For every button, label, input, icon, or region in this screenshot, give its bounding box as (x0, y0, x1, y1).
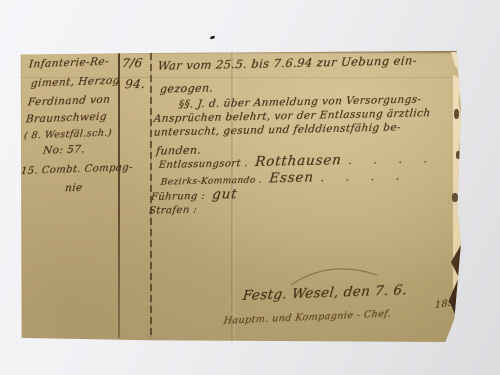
company-line: 15. Combt. Compag- (20, 163, 133, 177)
company-line: nie (64, 183, 83, 194)
field-value: gut (211, 188, 238, 202)
background-speck (210, 35, 216, 40)
body-line: gezogen. (159, 82, 214, 94)
torn-corner-chip (451, 52, 461, 72)
ink-column-rule-left (118, 53, 120, 338)
year-note: 1894 (435, 297, 461, 310)
body-line: untersucht, gesund und felddienstfähig b… (153, 122, 401, 138)
dotted-leader: . . . . (320, 170, 409, 183)
place-date-line: Festg. Wesel, den 7. 6. (242, 284, 408, 303)
field-label: Führung : (150, 192, 205, 203)
field-label: Bezirks-Kommando . (160, 176, 262, 187)
dotted-leader: . . . . (348, 153, 437, 166)
regiment-line: Ferdinand von (27, 95, 111, 108)
edge-stain (454, 109, 459, 119)
regiment-line: ( 8. Westfäl.sch.) (23, 128, 112, 141)
edge-stain (456, 151, 460, 159)
edge-stain (452, 193, 458, 202)
field-value: Essen (268, 171, 314, 185)
signature-line: Hauptm. und Kompagnie - Chef. (223, 309, 392, 326)
field-label: Entlassungsort . (158, 159, 248, 171)
regiment-line: giment, Herzog (30, 75, 120, 89)
entry-date-day-month: 7/6 (121, 57, 143, 69)
entry-date-year: 94. (124, 78, 146, 90)
field-bezirks-kommando: Bezirks-Kommando . Essen . . . . (160, 169, 409, 188)
regiment-line: Infanterie-Re- (28, 57, 109, 70)
body-line: War vom 25.5. bis 7.6.94 zur Uebung ein- (157, 55, 417, 72)
regiment-line: Braunschweig (25, 112, 107, 125)
field-value: Rotthausen (254, 154, 342, 169)
field-strafen: Strafen : (148, 205, 204, 216)
regiment-number: No: 57. (42, 144, 85, 156)
field-fuehrung: Führung : gut (150, 188, 238, 203)
body-line: funden. (155, 145, 201, 157)
field-label: Strafen : (148, 206, 197, 217)
photo-background: Infanterie-Re- giment, Herzog Ferdinand … (0, 0, 500, 375)
document-sheet: Infanterie-Re- giment, Herzog Ferdinand … (19, 51, 461, 342)
